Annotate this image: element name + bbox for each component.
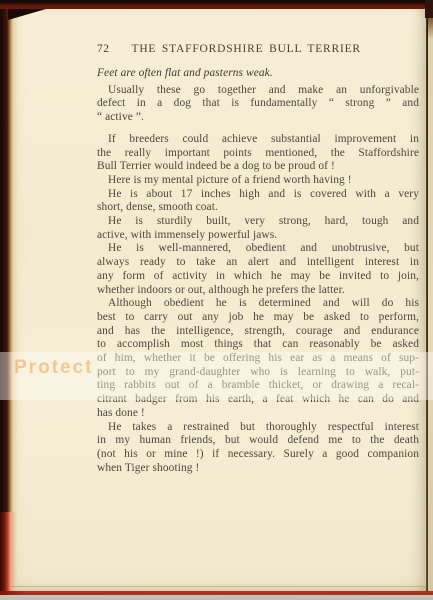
text-line: short, dense, smooth coat. <box>97 201 419 215</box>
body-text: Feet are often flat and pasterns weak.Us… <box>97 67 419 475</box>
text-line: always ready to take an alert and intell… <box>97 256 419 270</box>
text-line: citrant badger from his earth, a feat wh… <box>97 393 419 407</box>
cover-corner-top-right <box>425 0 433 18</box>
page-content: 72 THE STAFFORDSHIRE BULL TERRIER Feet a… <box>97 43 419 475</box>
book-page: 72 THE STAFFORDSHIRE BULL TERRIER Feet a… <box>8 9 427 592</box>
running-title: THE STAFFORDSHIRE BULL TERRIER <box>132 43 361 56</box>
text-line: (not his or mine !) if necessary. Surely… <box>97 448 419 462</box>
paragraph-mental-picture: Here is my mental picture of a friend wo… <box>97 174 419 188</box>
text-line: Here is my mental picture of a friend wo… <box>97 174 419 188</box>
text-line: when Tiger shooting ! <box>97 462 419 476</box>
text-line: “ active ”. <box>97 111 419 125</box>
page-number: 72 <box>97 43 110 56</box>
text-line: He is about 17 inches high and is covere… <box>97 188 419 202</box>
text-line: If breeders could achieve substantial im… <box>97 133 419 147</box>
paragraph-restrained-interest: He takes a restrained but thoroughly res… <box>97 421 419 476</box>
text-line: best to carry out any job he may be aske… <box>97 311 419 325</box>
text-line: Although obedient he is determined and w… <box>97 297 419 311</box>
scanned-book-page: 72 THE STAFFORDSHIRE BULL TERRIER Feet a… <box>0 0 433 600</box>
text-line: Usually these go together and make an un… <box>97 84 419 98</box>
paragraph-height: He is about 17 inches high and is covere… <box>97 188 419 215</box>
text-line: Feet are often flat and pasterns weak. <box>97 67 419 81</box>
paragraph-usually: Usually these go together and make an un… <box>97 84 419 125</box>
text-line: ting rabbits out of a bramble thicket, o… <box>97 379 419 393</box>
text-line: to accomplish most things that can reaso… <box>97 338 419 352</box>
italic-subheading: Feet are often flat and pasterns weak. <box>97 67 419 81</box>
text-line: defect in a dog that is fundamentally “ … <box>97 97 419 111</box>
paragraph-although-obedient: Although obedient he is determined and w… <box>97 297 419 420</box>
book-page-edges-left <box>0 0 18 600</box>
text-line: Bull Terrier would indeed be a dog to be… <box>97 160 419 174</box>
text-line: He is sturdily built, very strong, hard,… <box>97 215 419 229</box>
text-line: and has the intelligence, strength, cour… <box>97 325 419 339</box>
text-line: has done ! <box>97 407 419 421</box>
paragraph-well-mannered: He is well-mannered, obedient and unobtr… <box>97 242 419 297</box>
text-line: the really important points mentioned, t… <box>97 147 419 161</box>
text-line: active, with immensely powerful jaws. <box>97 229 419 243</box>
running-header: 72 THE STAFFORDSHIRE BULL TERRIER <box>97 43 419 56</box>
next-page-edge-right <box>428 9 433 594</box>
paragraph-if-breeders: If breeders could achieve substantial im… <box>97 133 419 174</box>
text-line: of him, whether it be offering his ear a… <box>97 352 419 366</box>
paragraph-sturdily-built: He is sturdily built, very strong, hard,… <box>97 215 419 242</box>
text-line: in my human friends, but would defend me… <box>97 434 419 448</box>
scan-background-bottom <box>0 595 433 600</box>
text-line: any form of activity in which he may be … <box>97 270 419 284</box>
book-cover-edge-top <box>0 0 433 9</box>
page-gutter-shadow <box>426 10 428 593</box>
text-line: He is well-mannered, obedient and unobtr… <box>97 242 419 256</box>
page-bottom-edge-line <box>10 586 425 587</box>
text-line: port to my grand-daughter who is learnin… <box>97 366 419 380</box>
text-line: He takes a restrained but thoroughly res… <box>97 421 419 435</box>
text-line: whether indoors or out, although he pref… <box>97 284 419 298</box>
